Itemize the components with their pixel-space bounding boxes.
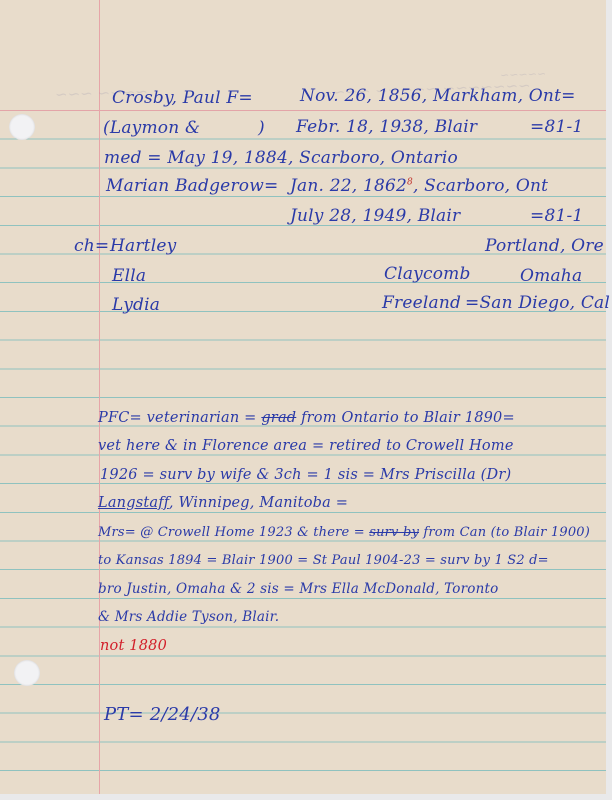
spouse-birth: Jan. 22, 18628, Scarboro, Ont [290,176,548,196]
marriage-line: med = May 19, 1884, Scarboro, Ontario [104,148,458,168]
margin-line [99,0,100,794]
subject-alias: (Laymon & [103,118,200,138]
child-place-lydia: =San Diego, Cal [465,293,610,313]
spouse-birth-date: Jan. 22, 186 [290,176,396,196]
note-text: from Ontario to Blair 1890= [296,410,515,426]
underlined-text: Langstaff [98,495,169,511]
spouse-name: Marian Badgerow= [106,176,278,196]
child-surname-lydia: Freeland [382,293,461,313]
note-line-6: to Kansas 1894 = Blair 1900 = St Paul 19… [98,553,549,568]
subject-death-ref: =81-1 [530,117,583,137]
notebook-page: ~~~~ ~~~ ~~~~~~~ ~~~~~ ~~~~ ~~~~~ Crosby… [0,0,606,794]
child-surname-ella: Claycomb [384,264,471,284]
note-line-2: vet here & in Florence area = retired to… [98,438,514,454]
note-line-3: 1926 = surv by wife & 3ch = 1 sis = Mrs … [100,467,511,483]
child-place-ella: Omaha [520,266,582,286]
alias-close-paren: ) [258,118,265,138]
note-text: from Can (to Blair 1900) [419,525,590,540]
struck-text: surv by [369,525,419,540]
child-name-lydia: Lydia [112,295,160,315]
spouse-death-ref: =81-1 [530,206,583,226]
spouse-birth-year-digit: 2 [396,176,407,196]
subject-name: Crosby, Paul F= [112,88,253,108]
bleed-through-marks: ~~~~~ [500,67,547,82]
red-annotation: not 1880 [100,638,167,654]
struck-text: grad [261,410,296,426]
note-text: PFC= veterinarian = [98,410,261,426]
note-line-1: PFC= veterinarian = grad from Ontario to… [98,410,515,426]
note-line-8: & Mrs Addie Tyson, Blair. [98,609,279,625]
note-line-5: Mrs= @ Crowell Home 1923 & there = surv … [98,525,590,540]
children-label: ch= [74,236,109,256]
subject-birth: Nov. 26, 1856, Markham, Ont= [300,86,576,106]
punch-hole-top [9,114,35,140]
note-text: , Winnipeg, Manitoba = [169,495,348,511]
punch-hole-bottom [14,660,40,686]
child-place-hartley: Portland, Ore [485,236,604,256]
child-name-ella: Ella [112,266,146,286]
footer-note: PT= 2/24/38 [104,704,221,725]
note-text: Mrs= @ Crowell Home 1923 & there = [98,525,369,540]
spouse-birth-place: , Scarboro, Ont [413,176,548,196]
note-line-7: bro Justin, Omaha & 2 sis = Mrs Ella McD… [98,581,498,597]
spouse-death: July 28, 1949, Blair [290,206,460,226]
top-rule-line [0,110,606,111]
child-name-hartley: Hartley [110,236,176,256]
note-line-4: Langstaff, Winnipeg, Manitoba = [98,495,348,511]
subject-death: Febr. 18, 1938, Blair [296,117,477,137]
